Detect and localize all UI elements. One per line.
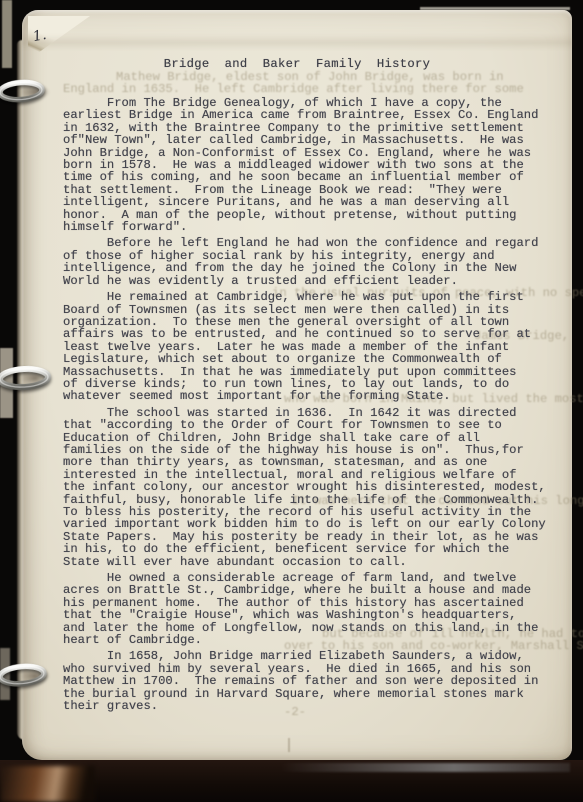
binder-ring-bottom	[0, 658, 51, 693]
binder-ring-middle	[0, 361, 55, 396]
page-bottom-shadow	[280, 763, 570, 772]
binder-photo: Mathew Bridge, eldest son of John Bridge…	[0, 0, 583, 802]
paper-crease	[22, 34, 572, 50]
document-page: Mathew Bridge, eldest son of John Bridge…	[22, 10, 572, 760]
paragraph-6: In 1658, John Bridge married Elizabeth S…	[63, 650, 551, 712]
document-body: From The Bridge Genealogy, of which I ha…	[63, 97, 551, 717]
paragraph-3: He remained at Cambridge, where he was p…	[63, 291, 551, 403]
paragraph-2: Before he left England he had won the co…	[63, 237, 551, 287]
paragraph-4: The school was started in 1636. In 1642 …	[63, 407, 551, 568]
handwritten-page-number: 1.	[32, 27, 48, 45]
binder-spine-edge	[2, 0, 12, 68]
binder-bottom-reflection	[0, 766, 95, 802]
bleedthrough-text: England in 1635. He left Cambridge after…	[63, 83, 524, 95]
document-title: Bridge and Baker Family History	[22, 57, 572, 71]
paragraph-1: From The Bridge Genealogy, of which I ha…	[63, 97, 551, 233]
paper-crease	[288, 738, 290, 752]
paragraph-5: He owned a considerable acreage of farm …	[63, 572, 551, 646]
binder-ring-top	[0, 74, 49, 108]
